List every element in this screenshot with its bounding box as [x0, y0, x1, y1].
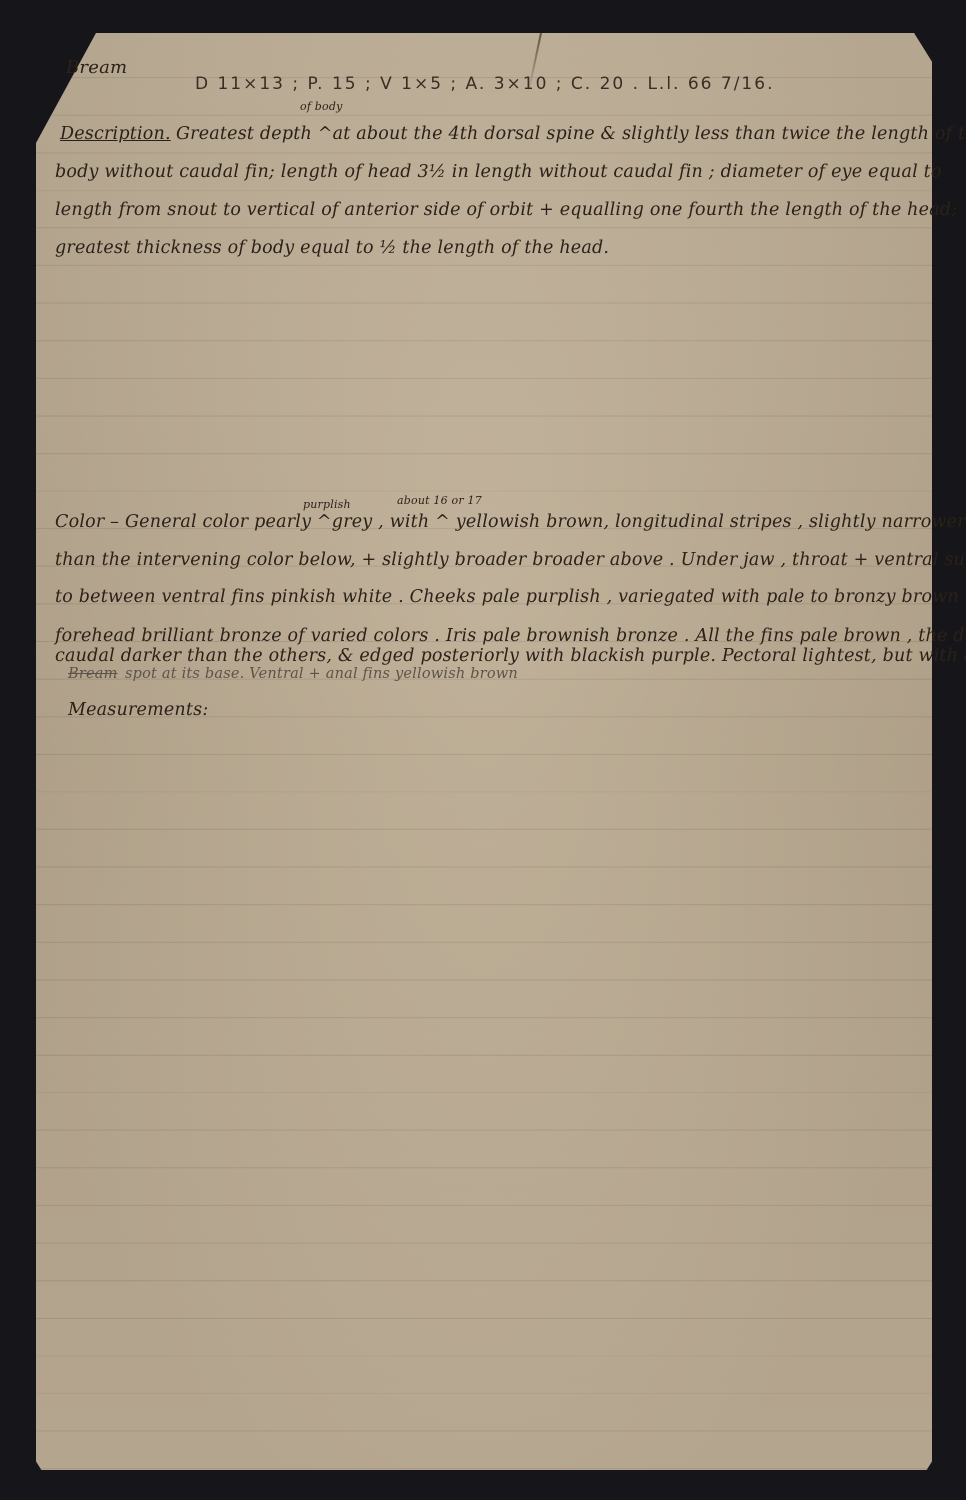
description-line-3: length from snout to vertical of anterio…: [55, 200, 957, 220]
insertion-purplish: purplish: [303, 498, 351, 511]
heading-word: Bream: [66, 57, 127, 78]
insertion-count: about 16 or 17: [397, 494, 482, 507]
color-line-5: caudal darker than the others, & edged p…: [55, 646, 966, 666]
color-label: Color –: [55, 512, 119, 532]
color-line-3: to between ventral fins pinkish white . …: [55, 587, 966, 607]
description-label: Description.: [60, 124, 171, 144]
description-line-2: body without caudal fin; length of head …: [55, 162, 942, 182]
struck-margin-word: Bream: [68, 666, 118, 682]
insertion-of-body: of body: [300, 100, 343, 113]
fin-formula: D 11×13 ; P. 15 ; V 1×5 ; A. 3×10 ; C. 2…: [195, 74, 774, 94]
color-line-1: General color pearly ^grey , with ^ yell…: [125, 512, 966, 532]
color-line-2: than the intervening color below, + slig…: [55, 550, 966, 570]
color-line-6: spot at its base. Ventral + anal fins ye…: [125, 666, 518, 682]
description-line-1: Greatest depth ^at about the 4th dorsal …: [176, 124, 966, 144]
measurements-label: Measurements:: [68, 700, 208, 720]
description-line-4: greatest thickness of body equal to ½ th…: [55, 238, 609, 258]
color-line-4: forehead brilliant bronze of varied colo…: [55, 626, 966, 646]
